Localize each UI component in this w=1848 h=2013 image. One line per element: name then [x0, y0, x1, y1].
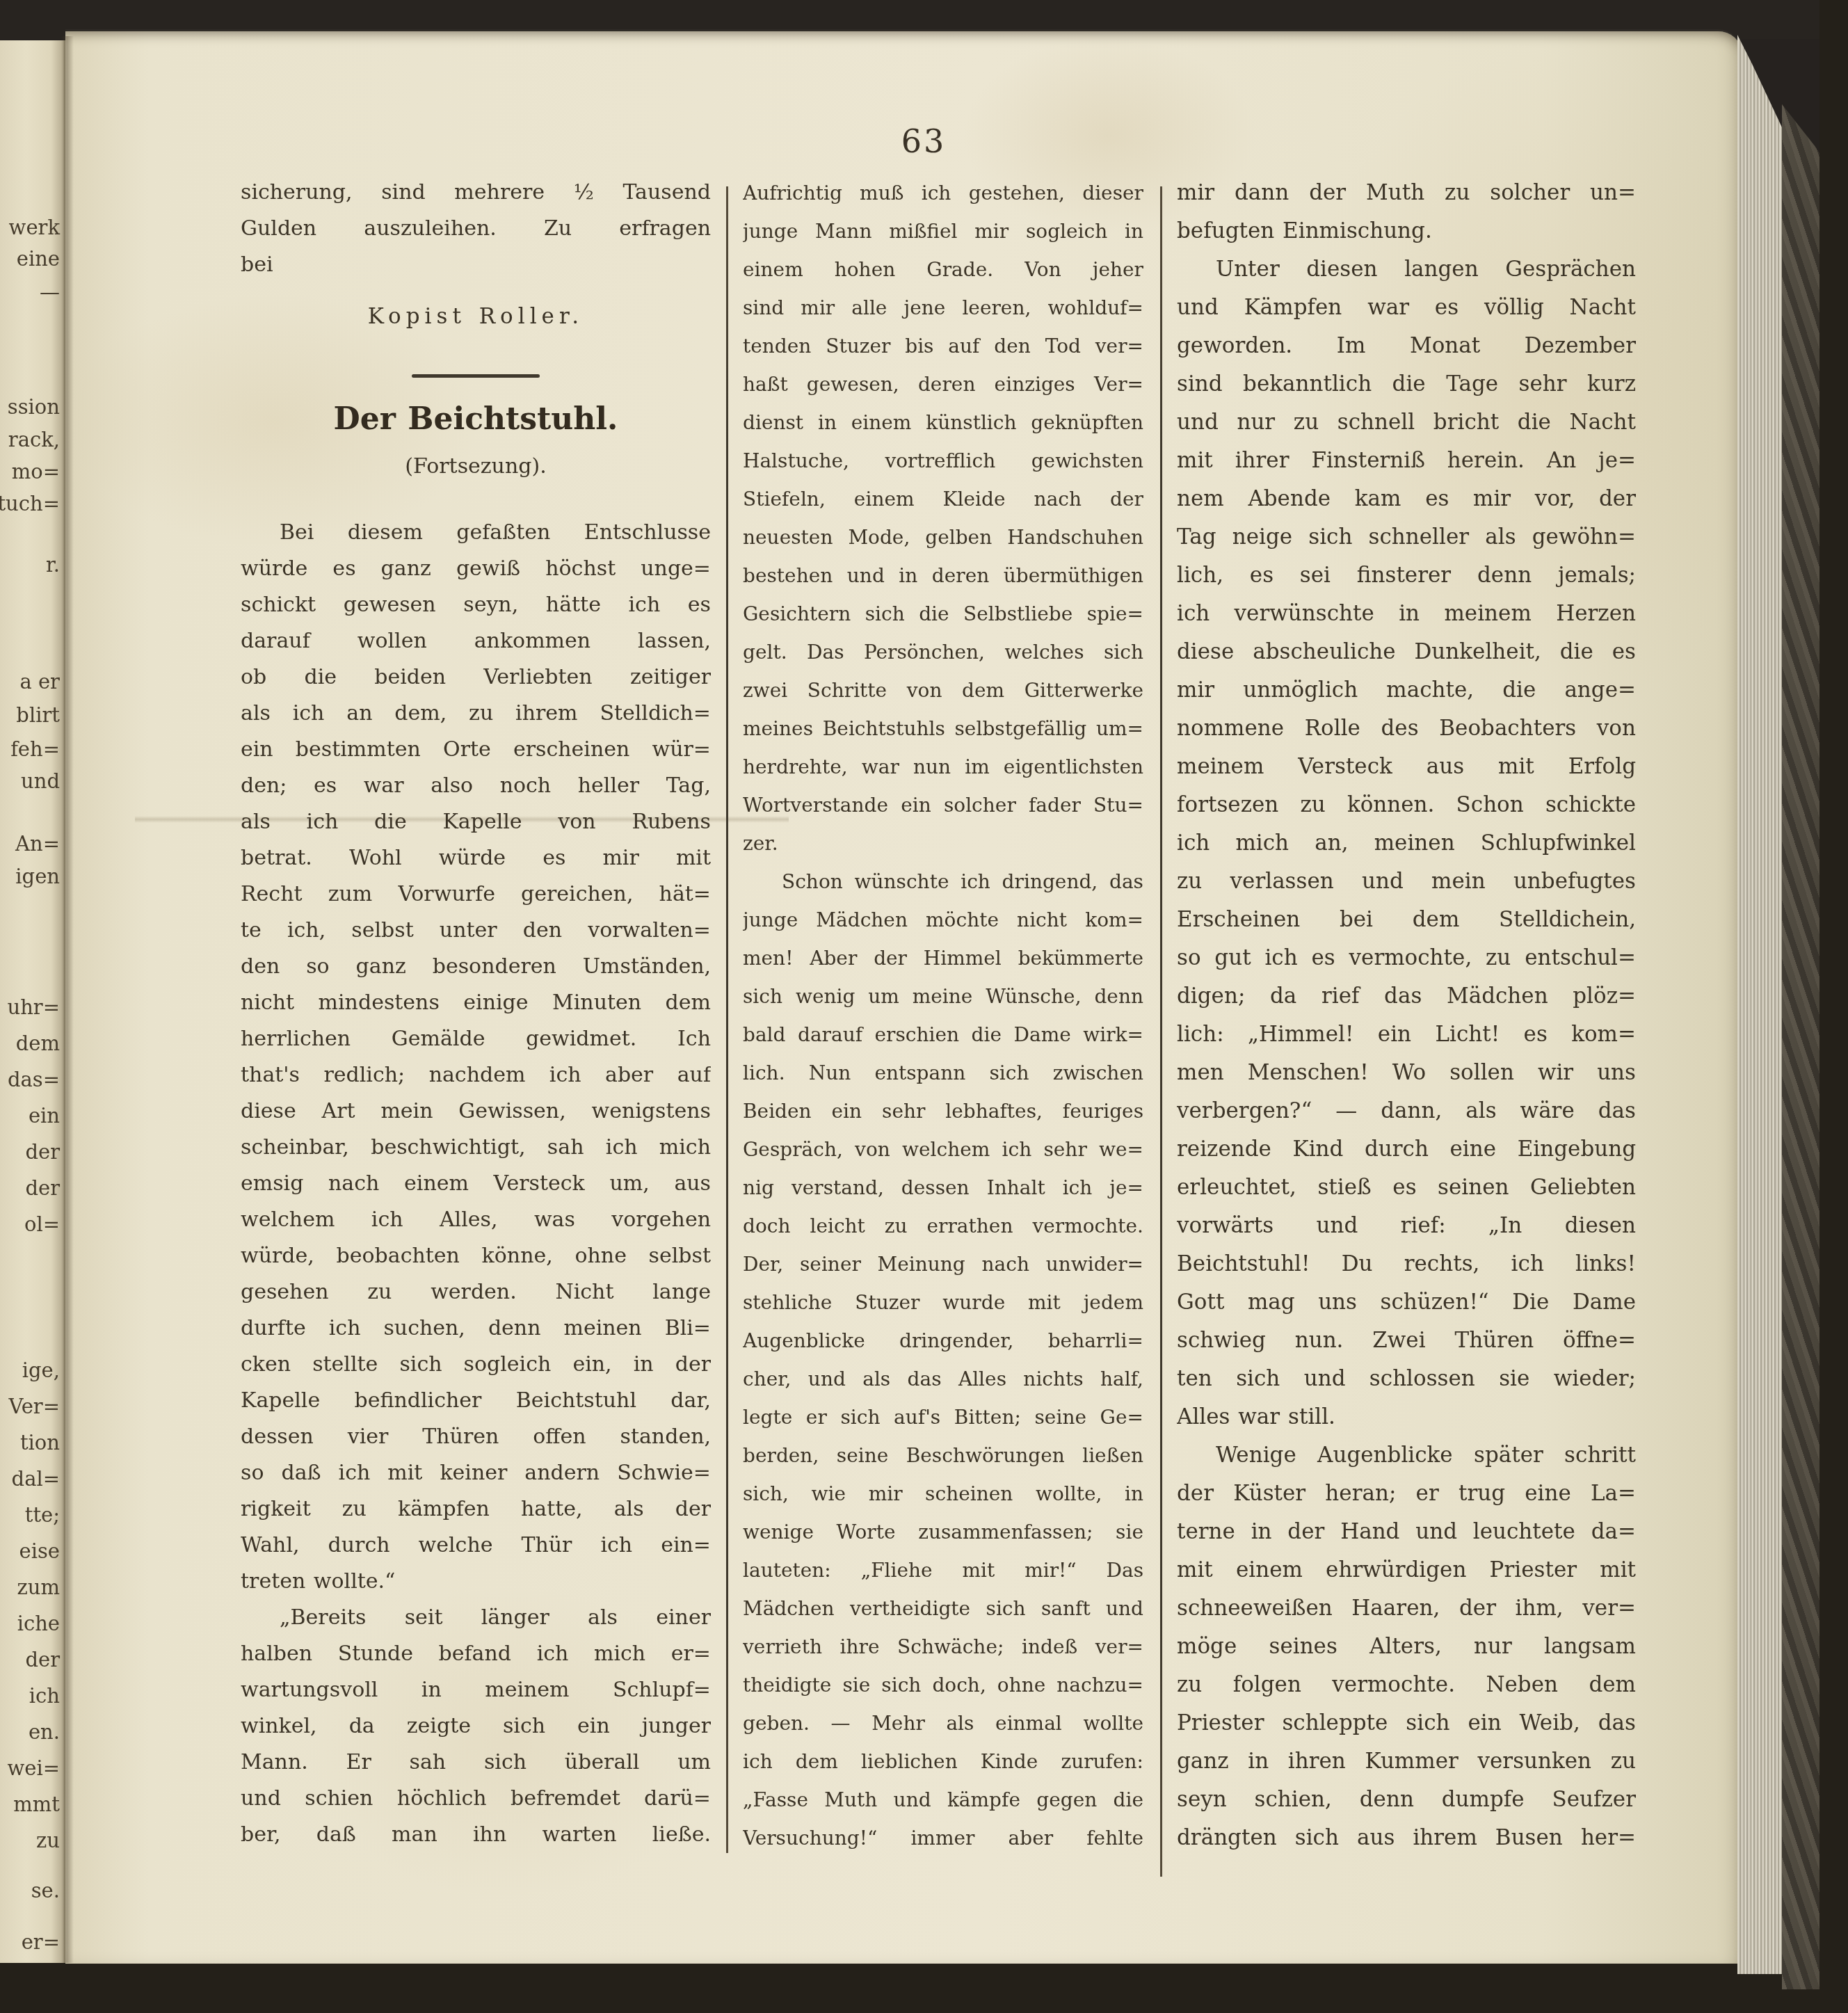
text-line: verbergen?“ — dann, als wäre das	[1177, 1092, 1636, 1130]
text-line: bestehen und in deren übermüthigen	[743, 556, 1143, 595]
text-line: mir unmöglich machte, die ange=	[1177, 671, 1636, 709]
facing-page-text-fragment: Ver=	[8, 1390, 60, 1422]
text-line: legte er sich auf's Bitten; seine Ge=	[743, 1398, 1143, 1436]
text-line: te ich, selbst unter den vorwalten=	[241, 913, 711, 949]
facing-page-text-fragment: eise	[19, 1535, 60, 1567]
text-line: als ich an dem, zu ihrem Stelldich=	[241, 696, 711, 732]
text-line: Beichtstuhl! Du rechts, ich links!	[1177, 1245, 1636, 1283]
text-line: dienst in einem künstlich geknüpften	[743, 403, 1143, 442]
text-line: vorwärts und rief: „In diesen	[1177, 1207, 1636, 1245]
text-line: Halstuche, vortrefflich gewichsten	[743, 442, 1143, 480]
text-line: und Kämpfen war es völlig Nacht	[1177, 289, 1636, 327]
text-line: Kapelle befindlicher Beichtstuhl dar,	[241, 1383, 711, 1419]
text-line: fortsezen zu können. Schon schickte	[1177, 786, 1636, 824]
text-line: that's redlich; nachdem ich aber auf	[241, 1057, 711, 1093]
text-line: meines Beichtstuhls selbstgefällig um=	[743, 709, 1143, 748]
text-line: ten sich und schlossen sie wieder;	[1177, 1360, 1636, 1398]
facing-page-text-fragment: ige,	[22, 1354, 60, 1386]
text-line: gesehen zu werden. Nicht lange	[241, 1274, 711, 1310]
text-line: Gespräch, von welchem ich sehr we=	[743, 1130, 1143, 1169]
text-line: Mädchen vertheidigte sich sanft und	[743, 1589, 1143, 1628]
facing-page-text-fragment: An=	[15, 828, 60, 860]
facing-page-text-fragment: eine	[17, 243, 60, 275]
text-line: haßt gewesen, deren einziges Ver=	[743, 365, 1143, 403]
text-line: schickt gewesen seyn, hätte ich es	[241, 587, 711, 623]
text-line: zer.	[743, 824, 1143, 863]
facing-page-text-fragment: dem	[16, 1027, 60, 1059]
text-line: neuesten Mode, gelben Handschuhen	[743, 518, 1143, 556]
text-line: junge Mann mißfiel mir sogleich in	[743, 212, 1143, 250]
text-line: lich: „Himmel! ein Licht! es kom=	[1177, 1016, 1636, 1054]
text-line: Alles war still.	[1177, 1398, 1636, 1436]
facing-page-text-fragment: tuch=	[0, 488, 60, 520]
text-line: ich verwünschte in meinem Herzen	[1177, 595, 1636, 633]
text-line: Beiden ein sehr lebhaftes, feuriges	[743, 1092, 1143, 1130]
text-line: und nur zu schnell bricht die Nacht	[1177, 403, 1636, 442]
text-line: zwei Schritte von dem Gitterwerke	[743, 671, 1143, 709]
photo-background-right	[1819, 0, 1848, 2013]
text-line: men! Aber der Himmel bekümmerte	[743, 939, 1143, 977]
text-line: verrieth ihre Schwäche; indeß ver=	[743, 1628, 1143, 1666]
facing-page-text-fragment: wei=	[7, 1752, 60, 1784]
text-line: ein bestimmten Orte erscheinen wür=	[241, 732, 711, 768]
text-line: als ich die Kapelle von Rubens	[241, 804, 711, 840]
text-line: sicherung, sind mehrere ½ Tausend	[241, 175, 711, 211]
text-line: nig verstand, dessen Inhalt ich je=	[743, 1169, 1143, 1207]
page-number: 63	[861, 122, 986, 160]
text-line: den; es war also noch heller Tag,	[241, 768, 711, 804]
text-line: Gott mag uns schüzen!“ Die Dame	[1177, 1283, 1636, 1322]
text-line: diese abscheuliche Dunkelheit, die es	[1177, 633, 1636, 671]
text-line: Unter diesen langen Gesprächen	[1177, 250, 1636, 289]
text-line: geben. — Mehr als einmal wollte	[743, 1704, 1143, 1742]
advertiser-signature: Kopist Roller.	[241, 298, 711, 335]
text-line: sich wenig um meine Wünsche, denn	[743, 977, 1143, 1016]
facing-page-text-fragment: ol=	[24, 1208, 60, 1240]
text-line: würde, beobachten könne, ohne selbst	[241, 1238, 711, 1274]
text-line: welchem ich Alles, was vorgehen	[241, 1202, 711, 1238]
facing-page-text-fragment: feh=	[10, 733, 60, 765]
text-line: scheinbar, beschwichtigt, sah ich mich	[241, 1130, 711, 1166]
facing-page-text-fragment: der	[25, 1136, 60, 1168]
book-fore-edge-pages	[1737, 35, 1787, 1974]
text-line: theidigte sie sich doch, ohne nachzu=	[743, 1666, 1143, 1704]
text-line: mir dann der Muth zu solcher un=	[1177, 174, 1636, 212]
text-line: Priester schleppte sich ein Weib, das	[1177, 1704, 1636, 1742]
text-line: Bei diesem gefaßten Entschlusse	[241, 515, 711, 551]
text-line: mit einem ehrwürdigen Priester mit	[1177, 1551, 1636, 1589]
facing-page-text-fragment: uhr=	[7, 991, 60, 1023]
text-line: der Küster heran; er trug eine La=	[1177, 1475, 1636, 1513]
text-line: reizende Kind durch eine Eingebung	[1177, 1130, 1636, 1169]
text-line: ich mich an, meinen Schlupfwinkel	[1177, 824, 1636, 863]
text-line: emsig nach einem Versteck um, aus	[241, 1166, 711, 1202]
text-line: Recht zum Vorwurfe gereichen, hät=	[241, 876, 711, 913]
text-line: Tag neige sich schneller als gewöhn=	[1177, 518, 1636, 556]
text-line: Wahl, durch welche Thür ich ein=	[241, 1527, 711, 1564]
text-line: ich dem lieblichen Kinde zurufen:	[743, 1742, 1143, 1781]
column-divider-1	[726, 186, 728, 1853]
facing-page-text-fragment: ich	[29, 1680, 60, 1712]
text-line: erleuchtet, stieß es seinen Geliebten	[1177, 1169, 1636, 1207]
text-line: doch leicht zu errathen vermochte.	[743, 1207, 1143, 1245]
text-line: seyn schien, denn dumpfe Seufzer	[1177, 1781, 1636, 1819]
text-line: nicht mindestens einige Minuten dem	[241, 985, 711, 1021]
facing-page-text-fragment: mo=	[12, 456, 60, 488]
text-column-1: sicherung, sind mehrere ½ TausendGulden …	[241, 175, 711, 1853]
facing-page-text-fragment: tion	[20, 1427, 60, 1459]
text-line: lauteten: „Fliehe mit mir!“ Das	[743, 1551, 1143, 1589]
text-line: men Menschen! Wo sollen wir uns	[1177, 1054, 1636, 1092]
facing-page-text-fragment: zum	[17, 1571, 60, 1603]
text-line: zu verlassen und mein unbefugtes	[1177, 863, 1636, 901]
text-line: „Bereits seit länger als einer	[241, 1600, 711, 1636]
text-line: sind mir alle jene leeren, wohlduf=	[743, 289, 1143, 327]
text-line: darauf wollen ankommen lassen,	[241, 623, 711, 659]
text-line: durfte ich suchen, denn meinen Bli=	[241, 1310, 711, 1347]
text-line: Augenblicke dringender, beharrli=	[743, 1322, 1143, 1360]
text-line: terne in der Hand und leuchtete da=	[1177, 1513, 1636, 1551]
text-line: nommene Rolle des Beobachters von	[1177, 709, 1636, 748]
facing-page-text-fragment: r.	[46, 549, 60, 581]
text-line: digen; da rief das Mädchen plöz=	[1177, 977, 1636, 1016]
text-line: Gesichtern sich die Selbstliebe spie=	[743, 595, 1143, 633]
text-line: gelt. Das Persönchen, welches sich	[743, 633, 1143, 671]
facing-page-text-fragment: iche	[17, 1607, 60, 1639]
separator-bar	[412, 374, 540, 378]
facing-page-text-fragment: werk	[9, 211, 60, 243]
facing-page-text-fragment: ein	[29, 1100, 60, 1132]
text-line: zu folgen vermochte. Neben dem	[1177, 1666, 1636, 1704]
text-line: befugten Einmischung.	[1177, 212, 1636, 250]
text-line: stehliche Stuzer wurde mit jedem	[743, 1283, 1143, 1322]
story-title: Der Beichtstuhl.	[241, 397, 711, 442]
text-line: schwieg nun. Zwei Thüren öffne=	[1177, 1322, 1636, 1360]
facing-page-text-fragment: der	[25, 1644, 60, 1676]
text-line: cken stellte sich sogleich ein, in der	[241, 1347, 711, 1383]
facing-page-text-fragment: a er	[19, 666, 60, 698]
text-line: bald darauf erschien die Dame wirk=	[743, 1016, 1143, 1054]
text-line: berden, seine Beschwörungen ließen	[743, 1436, 1143, 1475]
text-line: ob die beiden Verliebten zeitiger	[241, 659, 711, 696]
book-scan: werkeine—ssionrack,mo=tuch=r.a erblirtfe…	[0, 0, 1848, 2013]
column-divider-2	[1160, 186, 1162, 1877]
facing-page-text-fragment: das=	[8, 1064, 60, 1096]
text-line: bei	[241, 247, 711, 283]
facing-page-text-fragment: dal=	[12, 1463, 60, 1495]
facing-page-text-fragment: zu	[36, 1824, 60, 1856]
text-line: einem hohen Grade. Von jeher	[743, 250, 1143, 289]
text-line: so daß ich mit keiner andern Schwie=	[241, 1455, 711, 1491]
facing-page-edge: werkeine—ssionrack,mo=tuch=r.a erblirtfe…	[0, 40, 65, 1963]
facing-page-text-fragment: se.	[31, 1875, 60, 1907]
text-line: schneeweißen Haaren, der ihm, ver=	[1177, 1589, 1636, 1628]
facing-page-text-fragment: rack,	[8, 424, 60, 456]
text-line: rigkeit zu kämpfen hatte, als der	[241, 1491, 711, 1527]
text-line: ber, daß man ihn warten ließe.	[241, 1817, 711, 1853]
text-line: möge seines Alters, nur langsam	[1177, 1628, 1636, 1666]
text-line: nem Abende kam es mir vor, der	[1177, 480, 1636, 518]
text-line: Der, seiner Meinung nach unwider=	[743, 1245, 1143, 1283]
facing-page-text-fragment: en.	[29, 1716, 60, 1748]
text-line: würde es ganz gewiß höchst unge=	[241, 551, 711, 587]
photo-background-bottom	[0, 1962, 1848, 2013]
text-line: Wenige Augenblicke später schritt	[1177, 1436, 1636, 1475]
text-column-2: Aufrichtig muß ich gestehen, dieserjunge…	[743, 174, 1143, 1857]
text-line: geworden. Im Monat Dezember	[1177, 327, 1636, 365]
story-subtitle: (Fortsezung).	[241, 447, 711, 486]
text-line: wartungsvoll in meinem Schlupf=	[241, 1672, 711, 1708]
text-line: treten wollte.“	[241, 1564, 711, 1600]
text-line: lich. Nun entspann sich zwischen	[743, 1054, 1143, 1092]
text-line: Gulden auszuleihen. Zu erfragen	[241, 211, 711, 247]
text-line: herdrehte, war nun im eigentlichsten	[743, 748, 1143, 786]
text-line: wenige Worte zusammenfassen; sie	[743, 1513, 1143, 1551]
text-line: junge Mädchen möchte nicht kom=	[743, 901, 1143, 939]
facing-page-text-fragment: blirt	[16, 699, 60, 731]
text-line: Wortverstande ein solcher fader Stu=	[743, 786, 1143, 824]
facing-page-text-fragment: der	[25, 1172, 60, 1204]
text-line: so gut ich es vermochte, zu entschul=	[1177, 939, 1636, 977]
facing-page-text-fragment: ssion	[8, 391, 60, 423]
text-line: halben Stunde befand ich mich er=	[241, 1636, 711, 1672]
text-line: mit ihrer Finsterniß herein. An je=	[1177, 442, 1636, 480]
text-line: cher, und als das Alles nichts half,	[743, 1360, 1143, 1398]
text-line: lich, es sei finsterer denn jemals;	[1177, 556, 1636, 595]
text-line: Stiefeln, einem Kleide nach der	[743, 480, 1143, 518]
text-line: meinem Versteck aus mit Erfolg	[1177, 748, 1636, 786]
text-line: Versuchung!“ immer aber fehlte	[743, 1819, 1143, 1857]
text-line: sind bekanntlich die Tage sehr kurz	[1177, 365, 1636, 403]
binding-gutter-shadow	[61, 36, 74, 1963]
text-line: winkel, da zeigte sich ein junger	[241, 1708, 711, 1745]
text-line: ganz in ihren Kummer versunken zu	[1177, 1742, 1636, 1781]
text-line: Aufrichtig muß ich gestehen, dieser	[743, 174, 1143, 212]
section-separator	[241, 367, 711, 385]
text-line: betrat. Wohl würde es mir mit	[241, 840, 711, 876]
facing-page-text-fragment: tte;	[25, 1499, 60, 1531]
text-line: den so ganz besonderen Umständen,	[241, 949, 711, 985]
text-line: Erscheinen bei dem Stelldichein,	[1177, 901, 1636, 939]
text-line: diese Art mein Gewissen, wenigstens	[241, 1093, 711, 1130]
text-column-3: mir dann der Muth zu solcher un=befugten…	[1177, 174, 1636, 1857]
facing-page-text-fragment: und	[21, 765, 60, 797]
text-line: sich, wie mir scheinen wollte, in	[743, 1475, 1143, 1513]
text-line: „Fasse Muth und kämpfe gegen die	[743, 1781, 1143, 1819]
text-line: und schien höchlich befremdet darü=	[241, 1781, 711, 1817]
text-line: herrlichen Gemälde gewidmet. Ich	[241, 1021, 711, 1057]
text-line: drängten sich aus ihrem Busen her=	[1177, 1819, 1636, 1857]
facing-page-text-fragment: mmt	[13, 1788, 60, 1820]
text-line: tenden Stuzer bis auf den Tod ver=	[743, 327, 1143, 365]
facing-page-text-fragment: igen	[15, 860, 60, 892]
text-line: Mann. Er sah sich überall um	[241, 1745, 711, 1781]
facing-page-text-fragment: —	[40, 276, 60, 308]
facing-page-text-fragment: er=	[22, 1926, 60, 1958]
text-line: dessen vier Thüren offen standen,	[241, 1419, 711, 1455]
text-line: Schon wünschte ich dringend, das	[743, 863, 1143, 901]
